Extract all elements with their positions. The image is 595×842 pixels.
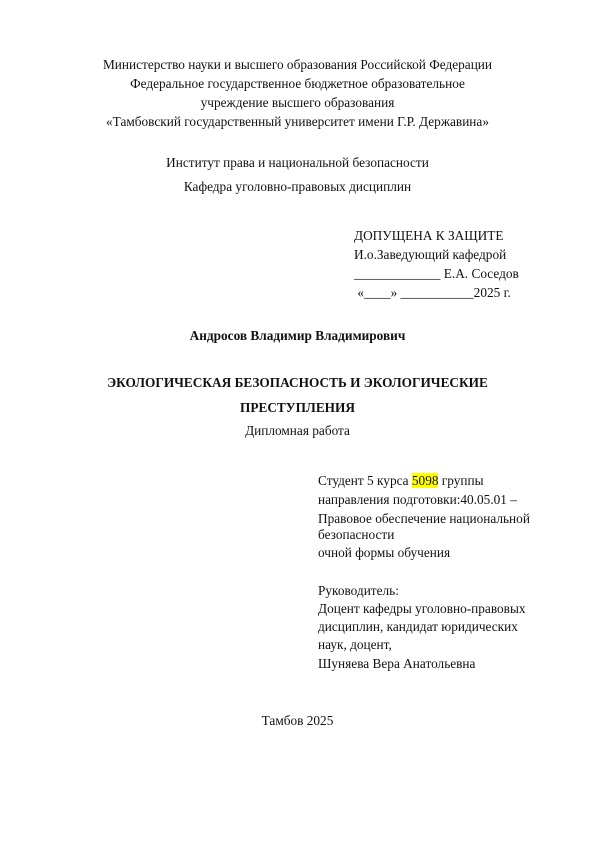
university-name: «Тамбовский государственный университет …: [0, 115, 595, 128]
city-year: Тамбов 2025: [0, 714, 595, 727]
institute-name: Институт права и национальной безопаснос…: [0, 156, 595, 169]
approval-date: «____» ___________2025 г.: [354, 286, 511, 299]
ministry-line: Министерство науки и высшего образования…: [0, 58, 595, 71]
author-name: Андросов Владимир Владимирович: [0, 329, 595, 342]
student-direction: направления подготовки:40.05.01 –: [318, 493, 517, 506]
university-type-line: Федеральное государственное бюджетное об…: [0, 77, 595, 90]
thesis-title-line-1: ЭКОЛОГИЧЕСКАЯ БЕЗОПАСНОСТЬ И ЭКОЛОГИЧЕСК…: [0, 376, 595, 389]
department-name: Кафедра уголовно-правовых дисциплин: [0, 180, 595, 193]
approval-role: И.о.Заведующий кафедрой: [354, 248, 506, 261]
thesis-title-line-2: ПРЕСТУПЛЕНИЯ: [0, 401, 595, 414]
supervisor-label: Руководитель:: [318, 584, 399, 597]
thesis-type: Дипломная работа: [0, 424, 595, 437]
supervisor-degree: дисциплин, кандидат юридических: [318, 620, 518, 633]
student-suffix: группы: [438, 473, 483, 488]
student-specialty: Правовое обеспечение национальной: [318, 512, 530, 525]
supervisor-name: Шуняева Вера Анатольевна: [318, 657, 475, 670]
supervisor-title: наук, доцент,: [318, 638, 392, 651]
student-group-highlight: 5098: [412, 473, 439, 488]
student-prefix: Студент 5 курса: [318, 473, 412, 488]
approval-title: ДОПУЩЕНА К ЗАЩИТЕ: [354, 229, 503, 242]
university-type-line-2: учреждение высшего образования: [0, 96, 595, 109]
student-study-form: очной формы обучения: [318, 546, 450, 559]
supervisor-position: Доцент кафедры уголовно-правовых: [318, 602, 526, 615]
approval-signature: _____________ Е.А. Соседов: [354, 267, 519, 280]
student-specialty-2: безопасности: [318, 528, 394, 541]
student-info-line: Студент 5 курса 5098 группы: [318, 474, 484, 487]
